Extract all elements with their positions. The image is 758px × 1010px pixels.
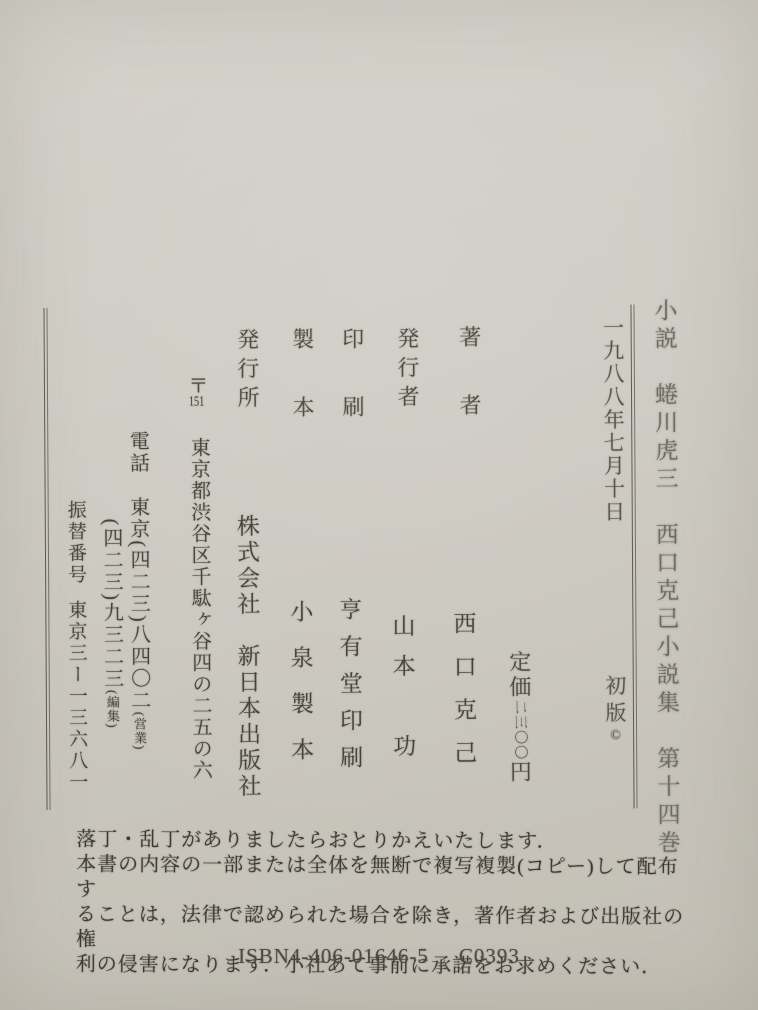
notice-line-1: 落丁・乱丁がありましたらおとりかえいたします． — [76, 828, 696, 856]
price: 定価二三〇〇円 — [504, 650, 536, 785]
postal-block: 〒151 — [182, 375, 211, 409]
c-code: C0393 — [459, 944, 520, 968]
phone-number-2: (四二三)九三二三 — [100, 519, 123, 690]
transfer-number: 東京三ー一三六八一 — [65, 600, 87, 794]
publisher-name: 山本 功 — [385, 614, 419, 774]
price-amount: 二三〇〇 — [512, 700, 527, 760]
series-title: 小説 蜷川虎三 西口克己小説集 第十四巻 — [647, 298, 683, 858]
divider-rule-left — [43, 308, 50, 810]
phone-line-2: (四二三)九三二三(編集) — [97, 519, 127, 729]
transfer-label: 振替番号 — [65, 500, 87, 586]
postal-code: 151 — [189, 395, 204, 409]
isbn-line: ISBN4-406-01646-5C0393 — [0, 944, 758, 969]
author-label: 著 者 — [454, 325, 486, 427]
copyright-mark: © — [608, 729, 623, 743]
price-label: 定価 — [507, 650, 532, 700]
edition-block: 初版© — [600, 674, 630, 742]
isbn-code: ISBN4-406-01646-5 — [238, 944, 429, 968]
phone-number-1: 電話 東京(四二三)八四〇二 — [126, 430, 150, 711]
phone-note-2: (編集) — [105, 690, 120, 729]
edition-label: 初版 — [603, 674, 627, 728]
price-unit: 円 — [507, 760, 532, 785]
publisher-label: 発行者 — [392, 327, 424, 414]
binder-name: 小泉製本 — [283, 599, 317, 783]
binder-label: 製 本 — [287, 327, 319, 429]
notice-line-2: 本書の内容の一部または全体を無断で複写複製(コピー)して配布す — [76, 853, 696, 906]
divider-rule-right — [630, 304, 637, 808]
address: 東京都渋谷区千駄ヶ谷四の二五の六 — [184, 437, 215, 781]
publication-date: 一九八八年七月十日 — [598, 316, 629, 523]
printer-name: 亨有堂印刷 — [332, 597, 366, 782]
transfer-number-column: 振替番号東京三ー一三六八一 — [62, 500, 91, 794]
printer-label: 印 刷 — [337, 327, 369, 429]
author-name: 西口克己 — [446, 611, 480, 783]
issuer-name: 株式会社 新日本出版社 — [230, 514, 265, 800]
phone-note-1: (営業) — [132, 712, 147, 751]
book-colophon-photo: 小説 蜷川虎三 西口克己小説集 第十四巻 一九八八年七月十日 初版© 定価二三〇… — [0, 0, 758, 1010]
phone-line-1: 電話 東京(四二三)八四〇二(営業) — [123, 430, 154, 750]
issuer-label: 発行所 — [232, 328, 264, 415]
